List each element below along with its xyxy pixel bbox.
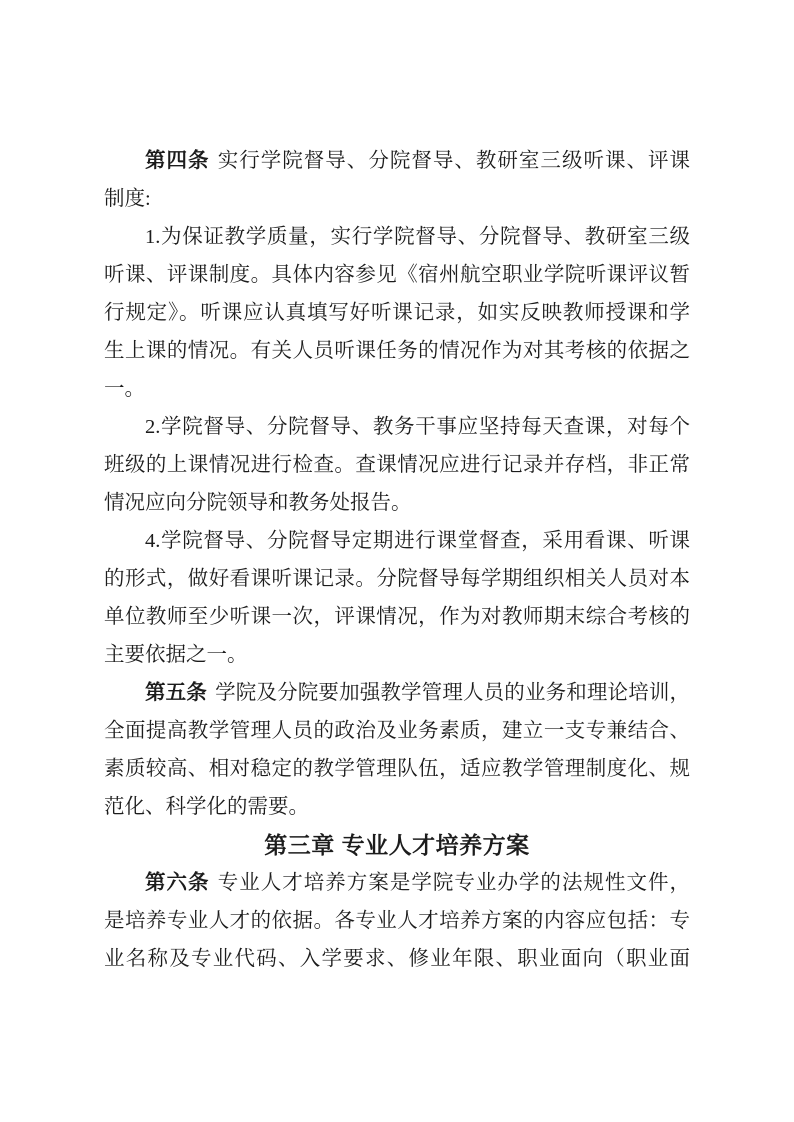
- text-line: 素质较高、相对稳定的教学管理队伍，适应教学管理制度化、规: [104, 750, 690, 788]
- text-line: 主要依据之一。: [104, 636, 690, 674]
- text-line: 全面提高教学管理人员的政治及业务素质，建立一支专兼结合、: [104, 712, 690, 750]
- text-line: 2.学院督导、分院督导、教务干事应坚持每天查课，对每个: [104, 408, 690, 446]
- text-line-content: 学院及分院要加强教学管理人员的业务和理论培训，: [215, 682, 690, 704]
- text-line-content: 主要依据之一。: [104, 644, 248, 666]
- text-line-content: 行规定》。听课应认真填写好听课记录，如实反映教师授课和学: [104, 302, 690, 324]
- text-line-content: 实行学院督导、分院督导、教研室三级听课、评课: [218, 150, 690, 172]
- text-line-content: 是培养专业人才的依据。各专业人才培养方案的内容应包括：专: [104, 910, 690, 932]
- text-line-content: 素质较高、相对稳定的教学管理队伍，适应教学管理制度化、规: [104, 758, 690, 780]
- text-line-content: 1.为保证教学质量，实行学院督导、分院督导、教研室三级: [145, 226, 690, 248]
- document-page: 第四条实行学院督导、分院督导、教研室三级听课、评课制度:1.为保证教学质量，实行…: [0, 0, 794, 1122]
- text-line: 行规定》。听课应认真填写好听课记录，如实反映教师授课和学: [104, 294, 690, 332]
- text-line-content: 全面提高教学管理人员的政治及业务素质，建立一支专兼结合、: [104, 720, 690, 742]
- paragraph: 第四条实行学院督导、分院督导、教研室三级听课、评课制度:: [104, 142, 690, 218]
- text-line: 业名称及专业代码、入学要求、修业年限、职业面向（职业面向；: [104, 940, 690, 978]
- text-line: 班级的上课情况进行检查。查课情况应进行记录并存档，非正常: [104, 446, 690, 484]
- text-line-content: 的形式，做好看课听课记录。分院督导每学期组织相关人员对本: [104, 568, 690, 590]
- text-line: 一。: [104, 370, 690, 408]
- text-line: 单位教师至少听课一次，评课情况，作为对教师期末综合考核的: [104, 598, 690, 636]
- paragraph: 第六条专业人才培养方案是学院专业办学的法规性文件，是培养专业人才的依据。各专业人…: [104, 864, 690, 978]
- text-line: 制度:: [104, 180, 690, 218]
- paragraph: 第五条学院及分院要加强教学管理人员的业务和理论培训，全面提高教学管理人员的政治及…: [104, 674, 690, 826]
- paragraph: 1.为保证教学质量，实行学院督导、分院督导、教研室三级听课、评课制度。具体内容参…: [104, 218, 690, 408]
- text-line-content: 单位教师至少听课一次，评课情况，作为对教师期末综合考核的: [104, 606, 690, 628]
- text-line: 第四条实行学院督导、分院督导、教研室三级听课、评课: [104, 142, 690, 180]
- text-line-content: 2.学院督导、分院督导、教务干事应坚持每天查课，对每个: [145, 416, 690, 438]
- paragraph: 4.学院督导、分院督导定期进行课堂督查，采用看课、听课的形式，做好看课听课记录。…: [104, 522, 690, 674]
- article-number: 第六条: [145, 872, 210, 894]
- text-line-content: 制度:: [104, 188, 151, 210]
- text-line-content: 班级的上课情况进行检查。查课情况应进行记录并存档，非正常: [104, 454, 690, 476]
- text-line: 生上课的情况。有关人员听课任务的情况作为对其考核的依据之: [104, 332, 690, 370]
- article-number: 第五条: [145, 682, 207, 704]
- text-line: 4.学院督导、分院督导定期进行课堂督查，采用看课、听课: [104, 522, 690, 560]
- chapter-heading: 第三章 专业人才培养方案: [104, 826, 690, 864]
- text-line-content: 专业人才培养方案是学院专业办学的法规性文件，: [218, 872, 690, 894]
- text-line-content: 业名称及专业代码、入学要求、修业年限、职业面向（职业面向；: [104, 948, 690, 978]
- text-line-content: 生上课的情况。有关人员听课任务的情况作为对其考核的依据之: [104, 340, 690, 362]
- text-line: 的形式，做好看课听课记录。分院督导每学期组织相关人员对本: [104, 560, 690, 598]
- text-line: 1.为保证教学质量，实行学院督导、分院督导、教研室三级: [104, 218, 690, 256]
- paragraph: 2.学院督导、分院督导、教务干事应坚持每天查课，对每个班级的上课情况进行检查。查…: [104, 408, 690, 522]
- document-content: 第四条实行学院督导、分院督导、教研室三级听课、评课制度:1.为保证教学质量，实行…: [104, 142, 690, 978]
- article-number: 第四条: [145, 150, 210, 172]
- text-line-content: 范化、科学化的需要。: [104, 796, 309, 818]
- text-line-content: 情况应向分院领导和教务处报告。: [104, 492, 412, 514]
- text-line-content: 4.学院督导、分院督导定期进行课堂督查，采用看课、听课: [145, 530, 690, 552]
- text-line: 第六条专业人才培养方案是学院专业办学的法规性文件，: [104, 864, 690, 902]
- text-line-content: 一。: [104, 378, 145, 400]
- text-line: 范化、科学化的需要。: [104, 788, 690, 826]
- text-line: 是培养专业人才的依据。各专业人才培养方案的内容应包括：专: [104, 902, 690, 940]
- text-line: 情况应向分院领导和教务处报告。: [104, 484, 690, 522]
- text-line: 第五条学院及分院要加强教学管理人员的业务和理论培训，: [104, 674, 690, 712]
- text-line: 听课、评课制度。具体内容参见《宿州航空职业学院听课评议暂: [104, 256, 690, 294]
- text-line-content: 听课、评课制度。具体内容参见《宿州航空职业学院听课评议暂: [104, 264, 690, 286]
